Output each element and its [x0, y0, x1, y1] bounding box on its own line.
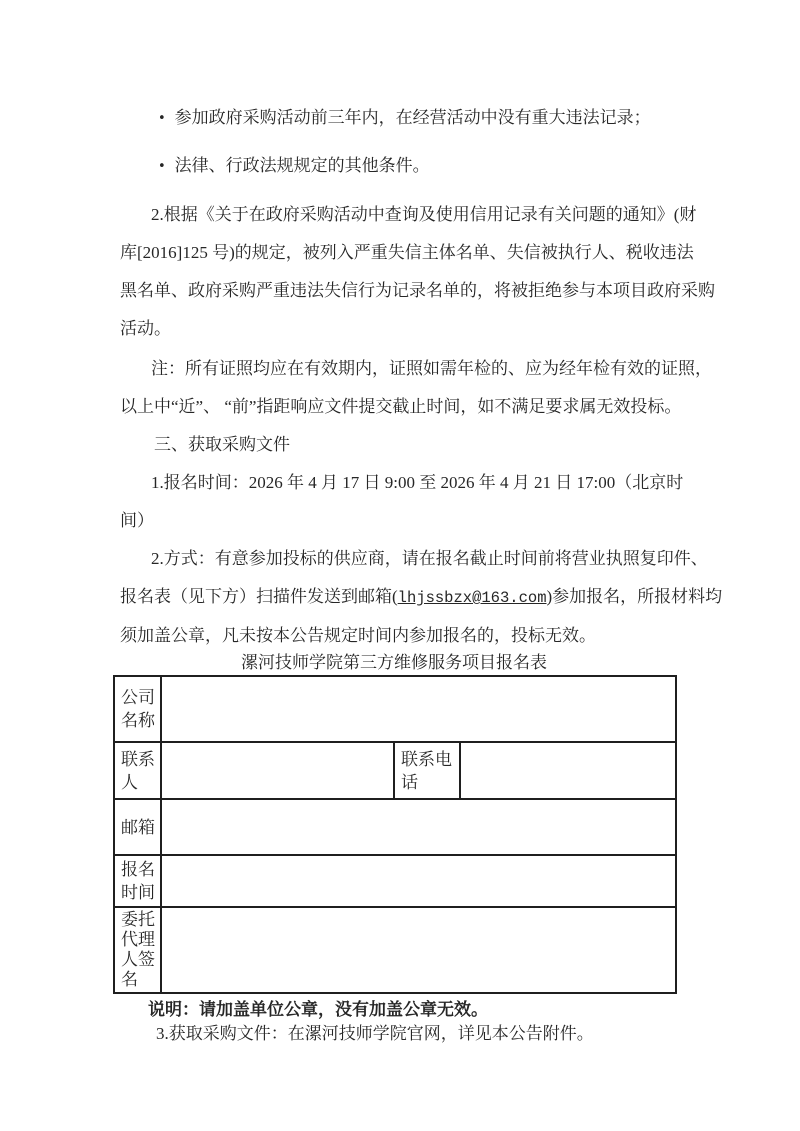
section-heading-obtain-documents: 三、获取采购文件	[120, 426, 710, 464]
paragraph-line: 2.根据《关于在政府采购活动中查询及使用信用记录有关问题的通知》(财	[120, 196, 710, 234]
paragraph-line-with-email: 报名表（见下方）扫描件发送到邮箱(lhjssbzx@163.com)参加报名，所…	[120, 578, 710, 617]
contact-person-label: 联系人	[114, 742, 161, 799]
credit-record-paragraph: 2.根据《关于在政府采购活动中查询及使用信用记录有关问题的通知》(财 库[201…	[120, 196, 710, 348]
agent-signature-label: 委托代理人签名	[114, 907, 161, 993]
company-name-label: 公司名称	[114, 676, 161, 742]
table-row-email: 邮箱	[114, 799, 676, 855]
bullet-icon: •	[158, 148, 166, 186]
paragraph-line: 以上中“近”、 “前”指距响应文件提交截止时间，如不满足要求属无效投标。	[120, 388, 710, 426]
company-name-value-cell	[161, 676, 676, 742]
table-row-agent-signature: 委托代理人签名	[114, 907, 676, 993]
stamp-note: 说明：请加盖单位公章，没有加盖公章无效。	[120, 998, 710, 1022]
attachment-note: 3.获取采购文件：在漯河技师学院官网，详见本公告附件。	[120, 1022, 710, 1046]
bullet-item-no-violation: •参加政府采购活动前三年内，在经营活动中没有重大违法记录；	[120, 99, 710, 138]
table-row-contact: 联系人 联系电话	[114, 742, 676, 799]
note-paragraph: 注：所有证照均应在有效期内，证照如需年检的、应为经年检有效的证照， 以上中“近”…	[120, 350, 710, 426]
agent-signature-value-cell	[161, 907, 676, 993]
email-label: 邮箱	[114, 799, 161, 855]
document-page: •参加政府采购活动前三年内，在经营活动中没有重大违法记录； •法律、行政法规规定…	[0, 0, 800, 1046]
registration-table: 公司名称 联系人 联系电话 邮箱 报名时间 委托代理人签名	[113, 675, 677, 994]
email-value-cell	[161, 799, 676, 855]
registration-time-value-cell	[161, 855, 676, 907]
registration-time-paragraph: 1.报名时间：2026 年 4 月 17 日 9:00 至 2026 年 4 月…	[120, 464, 710, 540]
registration-time-label: 报名时间	[114, 855, 161, 907]
bullet-text: 法律、行政法规规定的其他条件。	[175, 156, 430, 175]
paragraph-line: 须加盖公章，凡未按本公告规定时间内参加报名的，投标无效。	[120, 617, 710, 655]
paragraph-line: 黑名单、政府采购严重违法失信行为记录名单的，将被拒绝参与本项目政府采购	[120, 272, 710, 310]
paragraph-line: 注：所有证照均应在有效期内，证照如需年检的、应为经年检有效的证照，	[120, 350, 710, 388]
bullet-item-other-conditions: •法律、行政法规规定的其他条件。	[120, 147, 710, 186]
paragraph-line: 1.报名时间：2026 年 4 月 17 日 9:00 至 2026 年 4 月…	[120, 464, 710, 502]
paragraph-line: 2.方式：有意参加投标的供应商，请在报名截止时间前将营业执照复印件、	[120, 540, 710, 578]
bullet-text: 参加政府采购活动前三年内，在经营活动中没有重大违法记录；	[175, 108, 651, 127]
registration-method-paragraph: 2.方式：有意参加投标的供应商，请在报名截止时间前将营业执照复印件、 报名表（见…	[120, 540, 710, 655]
paragraph-line: 库[2016]125 号)的规定，被列入严重失信主体名单、失信被执行人、税收违法	[120, 234, 710, 272]
contact-phone-value-cell	[460, 742, 676, 799]
table-row-registration-time: 报名时间	[114, 855, 676, 907]
registration-table-title: 漯河技师学院第三方维修服务项目报名表	[113, 652, 675, 674]
email-link[interactable]: lhjssbzx@163.com	[398, 589, 547, 607]
paragraph-line: 活动。	[120, 310, 710, 348]
paragraph-line: 间）	[120, 502, 710, 540]
bullet-icon: •	[158, 100, 166, 138]
contact-person-value-cell	[161, 742, 394, 799]
line-prefix: 报名表（见下方）扫描件发送到邮箱(	[120, 587, 398, 606]
contact-phone-label: 联系电话	[394, 742, 460, 799]
table-row-company-name: 公司名称	[114, 676, 676, 742]
line-suffix: )参加报名，所报材料均	[547, 587, 723, 606]
